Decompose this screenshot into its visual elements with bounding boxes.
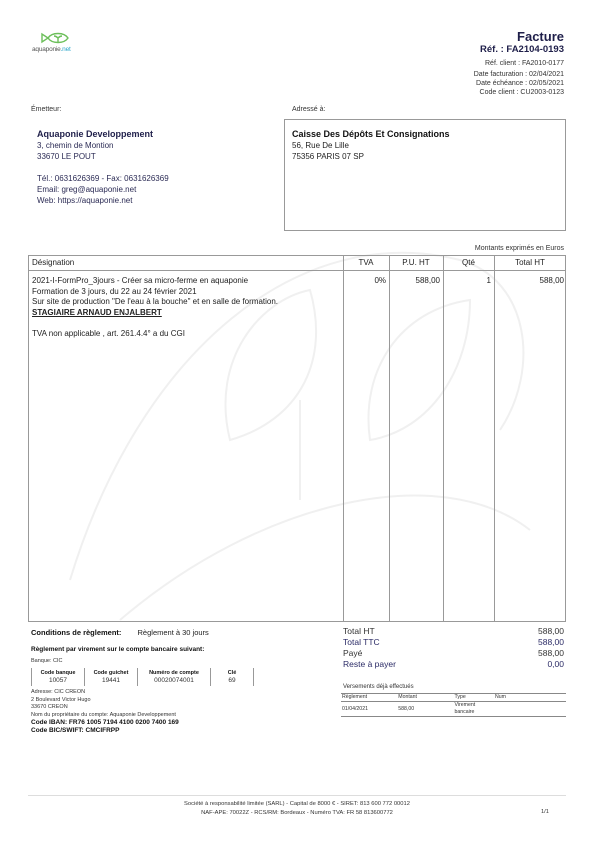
- logo-wordmark: aquaponie.net: [32, 46, 71, 53]
- bank-address: Adresse: CIC CREON 2 Boulevard Victor Hu…: [31, 689, 176, 719]
- emitter-address1: 3, chemin de Montion: [37, 140, 169, 151]
- total-ht-row: Total HT588,00: [343, 626, 564, 637]
- payments-header-row: Règlement Montant Type Num: [341, 694, 566, 702]
- item-trainee: STAGIAIRE ARNAUD ENJALBERT: [32, 308, 278, 319]
- col-qty: Qté: [443, 258, 494, 267]
- recipient-block: Caisse Des Dépôts Et Consignations 56, R…: [292, 128, 450, 162]
- emitter-name: Aquaponie Developpement: [37, 128, 169, 140]
- currency-note: Montants exprimés en Euros: [475, 245, 564, 252]
- col-pu-ht: P.U. HT: [389, 258, 443, 267]
- client-ref: Réf. client : FA2010-0177: [474, 59, 564, 68]
- page-number: 1/1: [541, 809, 549, 815]
- emitter-block: Aquaponie Developpement 3, chemin de Mon…: [37, 128, 169, 206]
- item-dates: Formation de 3 jours, du 22 au 24 févrie…: [32, 287, 278, 298]
- invoice-header: Facture Réf. : FA2104-0193 Réf. client :…: [474, 29, 564, 97]
- client-code: Code client : CU2003-0123: [474, 88, 564, 97]
- recipient-name: Caisse Des Dépôts Et Consignations: [292, 128, 450, 140]
- paid-row: Payé588,00: [343, 648, 564, 659]
- totals-block: Total HT588,00 Total TTC588,00 Payé588,0…: [343, 626, 564, 670]
- rib-key: Clé69: [210, 668, 254, 686]
- iban: Code IBAN: FR76 1005 7194 4100 0200 7400…: [31, 719, 179, 727]
- item-vat-note: TVA non applicable , art. 261.4.4° a du …: [32, 329, 278, 340]
- table-row: 2021-I-FormPro_3jours - Créer sa micro-f…: [32, 276, 278, 339]
- item-location: Sur site de production "De l'eau à la bo…: [32, 297, 278, 308]
- item-title: 2021-I-FormPro_3jours - Créer sa micro-f…: [32, 276, 278, 287]
- document-title: Facture: [474, 29, 564, 44]
- emitter-web: Web: https://aquaponie.net: [37, 195, 169, 206]
- items-table: Désignation TVA P.U. HT Qté Total HT 202…: [28, 255, 566, 622]
- col-designation: Désignation: [32, 258, 74, 267]
- footer-divider: [28, 795, 566, 796]
- payments-done-table: Règlement Montant Type Num 01/04/2021 58…: [341, 693, 566, 717]
- company-logo: aquaponie.net: [28, 30, 88, 56]
- recipient-address2: 75356 PARIS 07 SP: [292, 151, 450, 162]
- bank-transfer-title: Règlement par virement sur le compte ban…: [31, 646, 204, 653]
- due-date: Date échéance : 02/05/2021: [474, 79, 564, 88]
- account-number: Numéro de compte00020074001: [137, 668, 210, 686]
- item-total-ht: 588,00: [494, 276, 564, 287]
- legal-footer: Société à responsabilité limitée (SARL) …: [28, 800, 566, 818]
- table-row: 01/04/2021 588,00 Virement bancaire: [341, 702, 566, 717]
- bank-details-grid: Code banque10057 Code guichet19441 Numér…: [31, 668, 254, 686]
- footer-line2: NAF-APE: 70022Z - RCS/RM: Bordeaux - Num…: [28, 809, 566, 818]
- emitter-address2: 33670 LE POUT: [37, 151, 169, 162]
- iban-bic: Code IBAN: FR76 1005 7194 4100 0200 7400…: [31, 719, 179, 735]
- emitter-label: Émetteur:: [31, 106, 61, 113]
- emitter-phone: Tél.: 0631626369 - Fax: 0631626369: [37, 173, 169, 184]
- payment-conditions: Conditions de règlement: Règlement à 30 …: [31, 628, 209, 637]
- fish-sprout-icon: [28, 30, 88, 46]
- item-pu-ht: 588,00: [389, 276, 440, 287]
- recipient-address1: 56, Rue De Lille: [292, 140, 450, 151]
- bank-code: Code banque10057: [31, 668, 84, 686]
- payments-done-title: Versements déjà effectués: [343, 684, 414, 690]
- col-tva: TVA: [343, 258, 389, 267]
- col-total-ht: Total HT: [494, 258, 566, 267]
- bank-name: Banque: CIC: [31, 658, 63, 664]
- branch-code: Code guichet19441: [84, 668, 137, 686]
- total-ttc-row: Total TTC588,00: [343, 637, 564, 648]
- conditions-label: Conditions de règlement:: [31, 628, 121, 637]
- invoice-date: Date facturation : 02/04/2021: [474, 70, 564, 79]
- invoice-ref: Réf. : FA2104-0193: [474, 44, 564, 56]
- footer-line1: Société à responsabilité limitée (SARL) …: [28, 800, 566, 809]
- conditions-value: Règlement à 30 jours: [138, 628, 209, 637]
- item-qty: 1: [443, 276, 491, 287]
- emitter-email: Email: greg@aquaponie.net: [37, 184, 169, 195]
- remaining-row: Reste à payer0,00: [343, 659, 564, 670]
- item-tva: 0%: [343, 276, 386, 287]
- recipient-label: Adressé à:: [292, 106, 325, 113]
- bic: Code BIC/SWIFT: CMCIFRPP: [31, 727, 179, 735]
